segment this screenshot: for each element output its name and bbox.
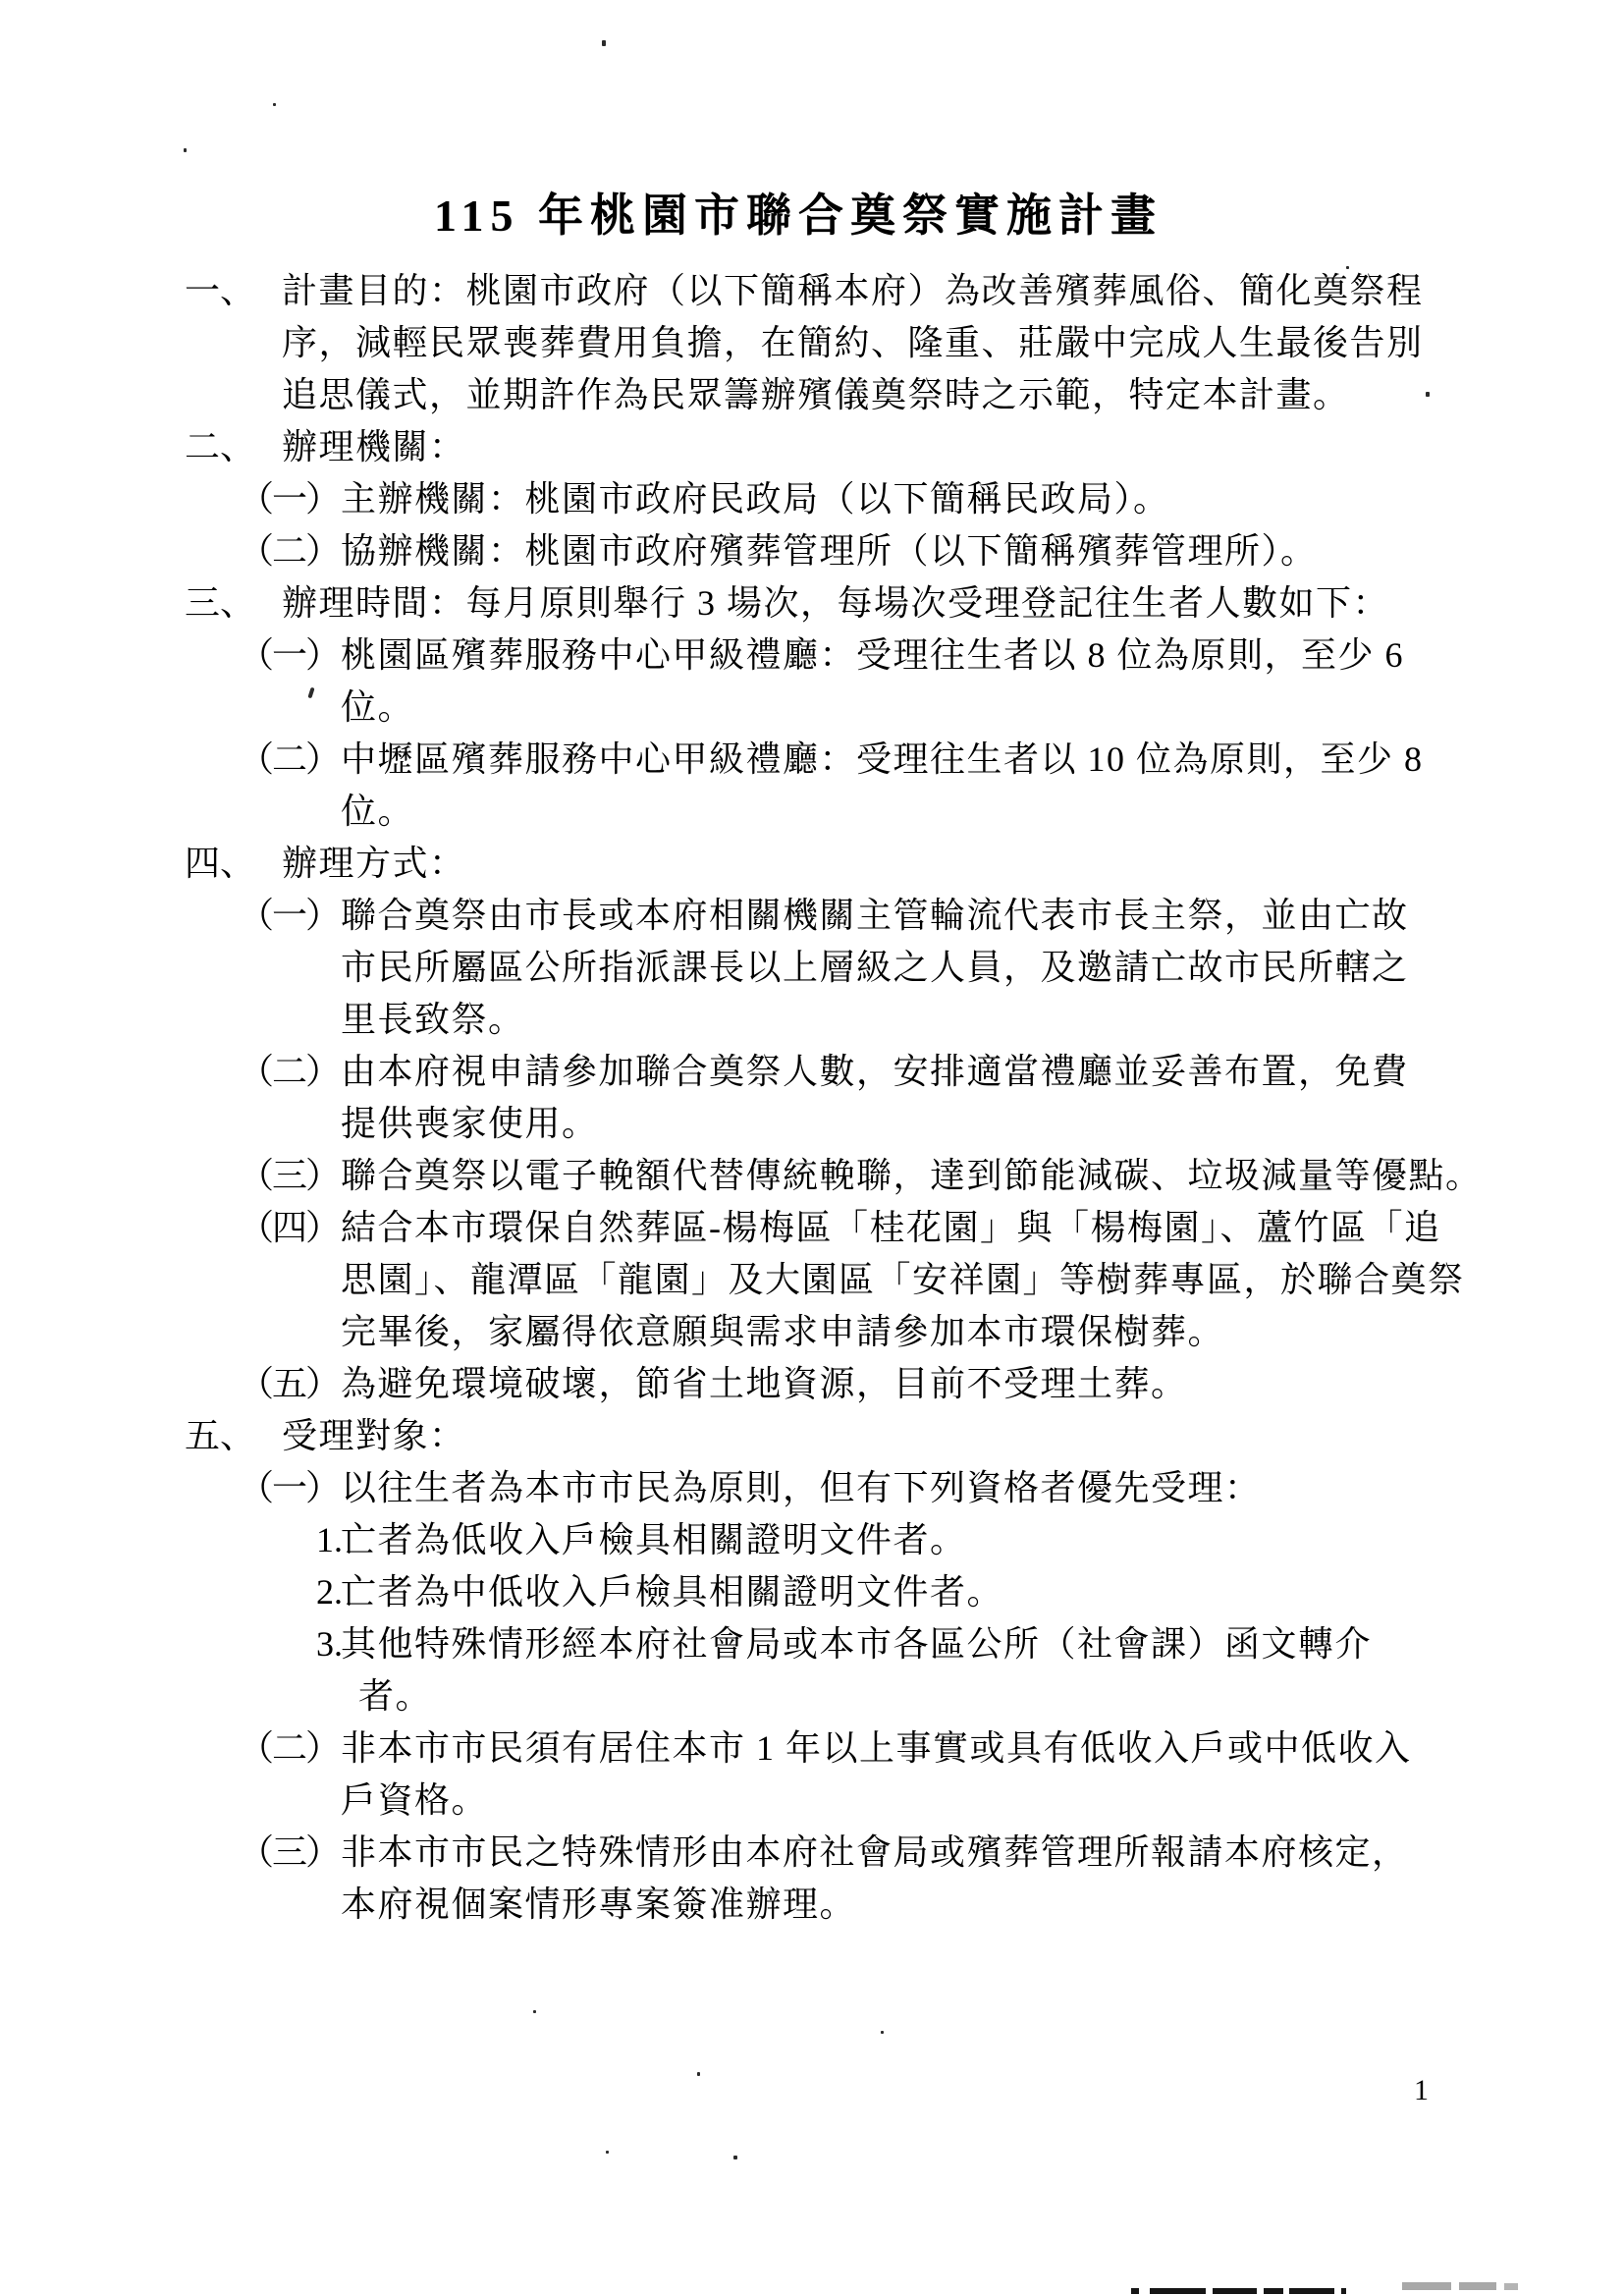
doc-line: （一）主辦機關：桃園市政府民政局（以下簡稱民政局）。: [0, 473, 1624, 525]
doc-line-text: 結合本市環保自然葬區-楊梅區「桂花園」與「楊梅園」、蘆竹區「追: [341, 1208, 1441, 1247]
doc-line: （四）結合本市環保自然葬區-楊梅區「桂花園」與「楊梅園」、蘆竹區「追: [0, 1202, 1624, 1254]
doc-line: 完畢後，家屬得依意願與需求申請參加本市環保樹葬。: [0, 1306, 1624, 1358]
doc-line: （三）非本市市民之特殊情形由本府社會局或殯葬管理所報請本府核定，: [0, 1827, 1624, 1879]
doc-line-text: 亡者為中低收入戶檢具相關證明文件者。: [341, 1572, 1003, 1612]
doc-line-text: 戶資格。: [341, 1780, 488, 1820]
scan-edge-mark: [1213, 2288, 1257, 2294]
doc-line: 3.其他特殊情形經本府社會局或本市各區公所（社會課）函文轉介: [0, 1618, 1624, 1670]
doc-line-marker: 二、: [185, 421, 282, 473]
scan-edge-mark: [1289, 2288, 1334, 2294]
doc-line-marker: （一）: [239, 890, 341, 942]
scan-edge-mark: [1341, 2288, 1346, 2294]
scan-speck: [1346, 266, 1349, 269]
doc-line: 里長致祭。: [0, 994, 1624, 1046]
doc-line: 五、受理對象：: [0, 1410, 1624, 1462]
doc-line: 市民所屬區公所指派課長以上層級之人員，及邀請亡故市民所轄之: [0, 942, 1624, 994]
doc-line: （一）以往生者為本市市民為原則，但有下列資格者優先受理：: [0, 1462, 1624, 1514]
scan-speck: [533, 2010, 536, 2013]
doc-line-text: 位。: [341, 792, 414, 831]
scan-edge-mark: [1459, 2282, 1496, 2290]
doc-line-text: 里長致祭。: [341, 1000, 525, 1039]
doc-line: 二、辦理機關：: [0, 421, 1624, 473]
doc-line-text: 由本府視申請參加聯合奠祭人數，安排適當禮廳並妥善布置，免費: [341, 1052, 1409, 1091]
doc-line: （一）桃園區殯葬服務中心甲級禮廳：受理往生者以 8 位為原則，至少 6: [0, 629, 1624, 682]
doc-line-text: 提供喪家使用。: [341, 1104, 599, 1143]
doc-line-marker: （三）: [239, 1150, 341, 1202]
document-title: 115 年桃園市聯合奠祭實施計畫: [0, 0, 1610, 265]
scan-speck: [1426, 392, 1430, 397]
doc-line-text: 序，減輕民眾喪葬費用負擔，在簡約、隆重、莊嚴中完成人生最後告別: [282, 323, 1424, 362]
doc-line-text: 為避免環境破壞，節省土地資源，目前不受理土葬。: [341, 1364, 1188, 1403]
scanned-document-page: 115 年桃園市聯合奠祭實施計畫 一、計畫目的：桃園市政府（以下簡稱本府）為改善…: [0, 0, 1624, 2295]
scan-speck: [881, 2031, 884, 2034]
doc-line-marker: （三）: [239, 1827, 341, 1879]
doc-line-text: 本府視個案情形專案簽准辦理。: [341, 1885, 856, 1924]
doc-line-marker: （一）: [239, 1462, 341, 1514]
doc-line-text: 中壢區殯葬服務中心甲級禮廳：受理往生者以 10 位為原則，至少 8: [341, 739, 1424, 779]
doc-line-marker: 三、: [185, 577, 282, 629]
doc-line-text: 非本市市民須有居住本市 1 年以上事實或具有低收入戶或中低收入: [341, 1728, 1412, 1768]
doc-line-marker: （五）: [239, 1358, 341, 1410]
doc-line-marker: （一）: [239, 629, 341, 682]
doc-line-marker: 一、: [185, 265, 282, 317]
scan-speck: [184, 148, 187, 152]
doc-line-marker: 五、: [185, 1410, 282, 1462]
doc-line-marker: （一）: [239, 473, 341, 525]
doc-line-text: 者。: [358, 1676, 432, 1716]
doc-line-text: 受理對象：: [282, 1416, 466, 1455]
doc-line: （二）中壢區殯葬服務中心甲級禮廳：受理往生者以 10 位為原則，至少 8: [0, 734, 1624, 786]
doc-line: 四、辦理方式：: [0, 838, 1624, 890]
doc-line-text: 協辦機關：桃園市政府殯葬管理所（以下簡稱殯葬管理所）。: [341, 531, 1318, 571]
scan-edge-mark: [1402, 2282, 1451, 2290]
document-body: 一、計畫目的：桃園市政府（以下簡稱本府）為改善殯葬風俗、簡化奠祭程序，減輕民眾喪…: [0, 265, 1624, 1931]
doc-line-text: 完畢後，家屬得依意願與需求申請參加本市環保樹葬。: [341, 1312, 1224, 1351]
scan-edge-mark: [1264, 2288, 1283, 2294]
doc-line-text: 非本市市民之特殊情形由本府社會局或殯葬管理所報請本府核定，: [341, 1832, 1409, 1872]
doc-line-text: 辦理機關：: [282, 427, 466, 466]
doc-line: 戶資格。: [0, 1775, 1624, 1827]
doc-line: 三、辦理時間：每月原則舉行 3 場次，每場次受理登記往生者人數如下：: [0, 577, 1624, 629]
doc-line: （二）協辦機關：桃園市政府殯葬管理所（以下簡稱殯葬管理所）。: [0, 525, 1624, 577]
scan-edge-mark: [1150, 2288, 1206, 2294]
doc-line: 序，減輕民眾喪葬費用負擔，在簡約、隆重、莊嚴中完成人生最後告別: [0, 317, 1624, 369]
doc-line-marker: （二）: [239, 525, 341, 577]
doc-line-text: 聯合奠祭以電子輓額代替傳統輓聯，達到節能減碳、垃圾減量等優點。: [341, 1156, 1483, 1195]
scan-speck: [602, 40, 606, 46]
doc-line-marker: 2.: [316, 1566, 341, 1618]
doc-line-marker: 四、: [185, 838, 282, 890]
doc-line-text: 主辦機關：桃園市政府民政局（以下簡稱民政局）。: [341, 479, 1170, 519]
scan-speck: [273, 103, 276, 106]
doc-line-text: 追思儀式，並期許作為民眾籌辦殯儀奠祭時之示範，特定本計畫。: [282, 375, 1350, 414]
doc-line-marker: （二）: [239, 734, 341, 786]
doc-line-marker: （二）: [239, 1046, 341, 1098]
doc-line-text: 市民所屬區公所指派課長以上層級之人員，及邀請亡故市民所轄之: [341, 948, 1409, 987]
scan-speck: [733, 2156, 737, 2159]
doc-line-text: 思園」、龍潭區「龍園」及大園區「安祥園」等樹葬專區，於聯合奠祭: [341, 1260, 1465, 1299]
doc-line: （二）由本府視申請參加聯合奠祭人數，安排適當禮廳並妥善布置，免費: [0, 1046, 1624, 1098]
doc-line: （一）聯合奠祭由市長或本府相關機關主管輪流代表市長主祭，並由亡故: [0, 890, 1624, 942]
doc-line-text: 位。: [341, 687, 414, 727]
scan-speck: [697, 2072, 700, 2076]
doc-line: 一、計畫目的：桃園市政府（以下簡稱本府）為改善殯葬風俗、簡化奠祭程: [0, 265, 1624, 317]
doc-line: 提供喪家使用。: [0, 1098, 1624, 1150]
doc-line: 者。: [0, 1670, 1624, 1722]
scan-speck: [606, 2151, 609, 2154]
scan-edge-mark: [1131, 2288, 1139, 2294]
doc-line-text: 其他特殊情形經本府社會局或本市各區公所（社會課）函文轉介: [341, 1624, 1372, 1664]
doc-line: 1.亡者為低收入戶檢具相關證明文件者。: [0, 1514, 1624, 1566]
doc-line-text: 聯合奠祭由市長或本府相關機關主管輪流代表市長主祭，並由亡故: [341, 896, 1409, 935]
page-number: 1: [1414, 2074, 1429, 2107]
scan-edge-mark: [1504, 2283, 1518, 2290]
doc-line: 思園」、龍潭區「龍園」及大園區「安祥園」等樹葬專區，於聯合奠祭: [0, 1254, 1624, 1306]
doc-line: 2.亡者為中低收入戶檢具相關證明文件者。: [0, 1566, 1624, 1618]
doc-line-text: 亡者為低收入戶檢具相關證明文件者。: [341, 1520, 967, 1559]
doc-line: （二）非本市市民須有居住本市 1 年以上事實或具有低收入戶或中低收入: [0, 1722, 1624, 1775]
doc-line-marker: 1.: [316, 1514, 341, 1566]
doc-line-marker: 3.: [316, 1618, 341, 1670]
doc-line-text: 辦理時間：每月原則舉行 3 場次，每場次受理登記往生者人數如下：: [282, 583, 1389, 623]
doc-line-marker: （四）: [239, 1202, 341, 1254]
doc-line-text: 以往生者為本市市民為原則，但有下列資格者優先受理：: [341, 1468, 1262, 1507]
doc-line-marker: （二）: [239, 1722, 341, 1775]
doc-line: 本府視個案情形專案簽准辦理。: [0, 1879, 1624, 1931]
doc-line-text: 桃園區殯葬服務中心甲級禮廳：受理往生者以 8 位為原則，至少 6: [341, 635, 1404, 675]
doc-line: 位。: [0, 786, 1624, 838]
doc-line-text: 計畫目的：桃園市政府（以下簡稱本府）為改善殯葬風俗、簡化奠祭程: [282, 271, 1424, 310]
doc-line: 追思儀式，並期許作為民眾籌辦殯儀奠祭時之示範，特定本計畫。: [0, 369, 1624, 421]
doc-line: （三）聯合奠祭以電子輓額代替傳統輓聯，達到節能減碳、垃圾減量等優點。: [0, 1150, 1624, 1202]
doc-line-text: 辦理方式：: [282, 844, 466, 883]
scan-speck: [582, 1535, 585, 1538]
doc-line: 位。: [0, 682, 1624, 734]
doc-line: （五）為避免環境破壞，節省土地資源，目前不受理土葬。: [0, 1358, 1624, 1410]
